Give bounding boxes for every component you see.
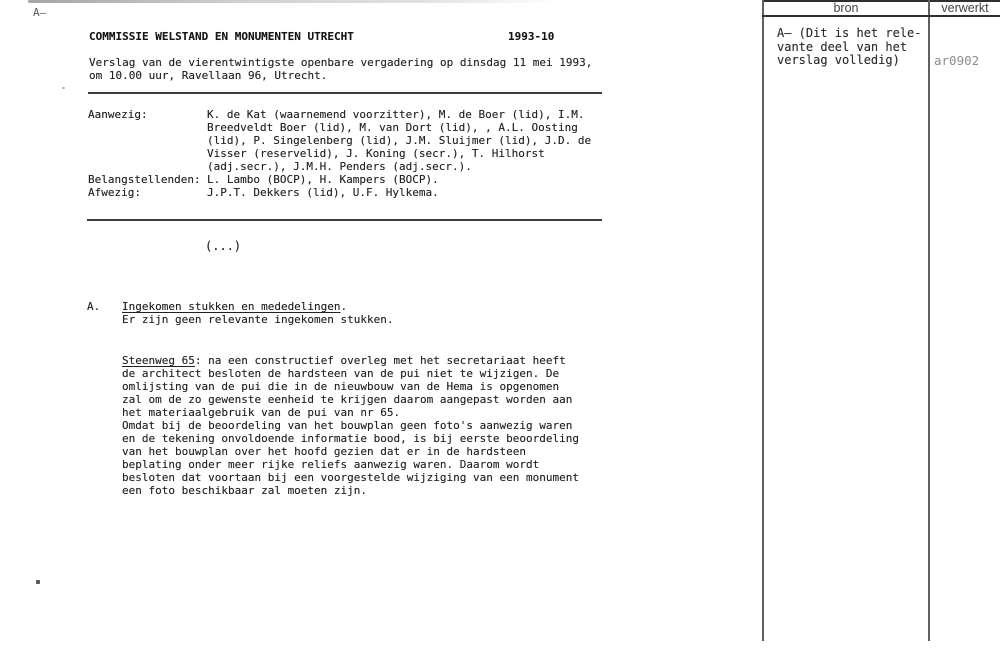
sidebar-header-separator xyxy=(762,15,1000,17)
sidebar-header-verwerkt: verwerkt xyxy=(930,1,1000,15)
scan-edge-smudge xyxy=(28,0,560,3)
attendees-rule xyxy=(87,219,602,221)
page-title: COMMISSIE WELSTAND EN MONUMENTEN UTRECHT xyxy=(89,30,354,43)
section-heading-period: . xyxy=(341,300,348,313)
omission-mark: (...) xyxy=(205,240,241,253)
margin-mark-a: A— xyxy=(33,6,46,19)
sidebar-column-divider xyxy=(928,0,930,641)
attendees-label-aanwezig: Aanwezig: xyxy=(88,108,207,173)
topic-body: : na een constructief overleg met het se… xyxy=(122,354,579,497)
sidebar-processed-code: ar0902 xyxy=(934,54,979,67)
sidebar-left-border xyxy=(762,0,764,641)
sidebar-header-bron: bron xyxy=(764,1,928,15)
attendees-label-afwezig: Afwezig: xyxy=(88,186,207,199)
attendees-list: Aanwezig: K. de Kat (waarnemend voorzitt… xyxy=(88,108,600,199)
meeting-subtitle: Verslag van de vierentwintigste openbare… xyxy=(89,56,609,82)
scan-speck xyxy=(62,87,65,89)
attendees-label-belangstellenden: Belangstellenden: xyxy=(88,173,207,186)
section-heading: Ingekomen stukken en mededelingen xyxy=(122,300,341,313)
section-heading-line: Ingekomen stukken en mededelingen. xyxy=(122,300,347,313)
doc-number: 1993-10 xyxy=(508,30,554,43)
topic-label: Steenweg 65 xyxy=(122,354,195,367)
section-index: A. xyxy=(87,300,100,313)
scan-speck xyxy=(36,580,40,584)
section-intro: Er zijn geen relevante ingekomen stukken… xyxy=(122,313,394,326)
sidebar-note: A— (Dit is het rele- vante deel van het … xyxy=(777,27,925,68)
header-rule xyxy=(88,92,602,94)
attendees-value-afwezig: J.P.T. Dekkers (lid), U.F. Hylkema. xyxy=(207,186,600,199)
attendees-value-aanwezig: K. de Kat (waarnemend voorzitter), M. de… xyxy=(207,108,600,173)
topic-paragraph: Steenweg 65: na een constructief overleg… xyxy=(122,341,610,497)
attendees-value-belangstellenden: L. Lambo (BOCP), H. Kampers (BOCP). xyxy=(207,173,600,186)
